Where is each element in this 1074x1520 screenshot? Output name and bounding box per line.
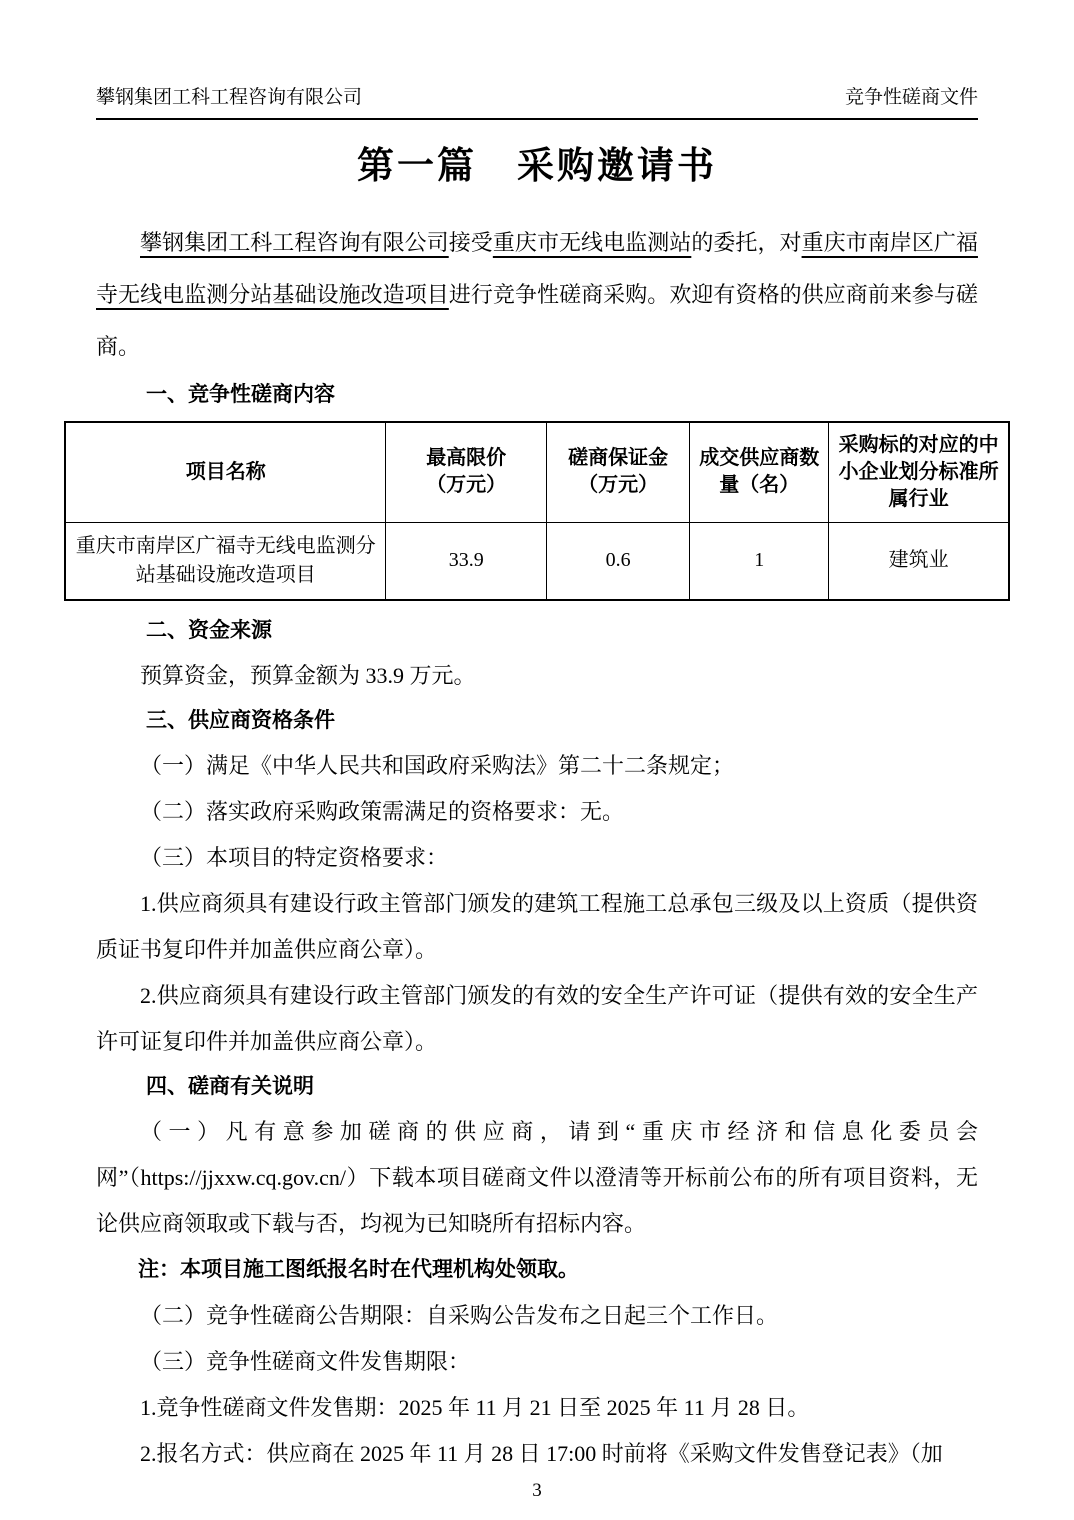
section2-heading: 二、资金来源 bbox=[146, 609, 978, 653]
intro-paragraph: 攀钢集团工科工程咨询有限公司接受重庆市无线电监测站的委托，对重庆市南岸区广福寺无… bbox=[96, 217, 978, 373]
intro-text: 的委托，对 bbox=[691, 230, 801, 255]
section4-item: （一）凡有意参加磋商的供应商，请到“重庆市经济和信息化委员会网”（https:/… bbox=[96, 1109, 978, 1247]
document-page: 攀钢集团工科工程咨询有限公司 竞争性磋商文件 第一篇 采购邀请书 攀钢集团工科工… bbox=[0, 0, 1074, 1520]
running-header: 攀钢集团工科工程咨询有限公司 竞争性磋商文件 bbox=[96, 86, 978, 120]
cell-industry: 建筑业 bbox=[829, 522, 1009, 600]
section3-item: （二）落实政府采购政策需满足的资格要求：无。 bbox=[96, 789, 978, 835]
section3-item: 1.供应商须具有建设行政主管部门颁发的建筑工程施工总承包三级及以上资质（提供资质… bbox=[96, 881, 978, 973]
col-max-price: 最高限价 （万元） bbox=[386, 422, 546, 523]
col-deposit: 磋商保证金 （万元） bbox=[546, 422, 689, 523]
header-company: 攀钢集团工科工程咨询有限公司 bbox=[96, 86, 362, 110]
section4-item: 1.竞争性磋商文件发售期：2025 年 11 月 21 日至 2025 年 11… bbox=[96, 1385, 978, 1431]
table-header-row: 项目名称 最高限价 （万元） 磋商保证金 （万元） 成交供应商数 量（名） 采购… bbox=[65, 422, 1009, 523]
cell-project-name: 重庆市南岸区广福寺无线电监测分 站基础设施改造项目 bbox=[65, 522, 386, 600]
cell-supplier-count: 1 bbox=[690, 522, 829, 600]
page-title: 第一篇 采购邀请书 bbox=[96, 142, 978, 192]
cell-deposit: 0.6 bbox=[546, 522, 689, 600]
col-supplier-count: 成交供应商数 量（名） bbox=[690, 422, 829, 523]
section4-item: （二）竞争性磋商公告期限：自采购公告发布之日起三个工作日。 bbox=[96, 1293, 978, 1339]
section4-item: 2.报名方式：供应商在 2025 年 11 月 28 日 17:00 时前将《采… bbox=[96, 1431, 978, 1477]
col-project-name: 项目名称 bbox=[65, 422, 386, 523]
intro-client-underlined: 重庆市无线电监测站 bbox=[493, 230, 691, 255]
section1-heading: 一、竞争性磋商内容 bbox=[146, 373, 978, 417]
section4-note: 注：本项目施工图纸报名时在代理机构处领取。 bbox=[96, 1247, 978, 1293]
section4-item: （三）竞争性磋商文件发售期限： bbox=[96, 1339, 978, 1385]
section3-item: （三）本项目的特定资格要求： bbox=[96, 835, 978, 881]
header-doc-type: 竞争性磋商文件 bbox=[845, 86, 978, 110]
col-industry: 采购标的对应的中 小企业划分标准所 属行业 bbox=[829, 422, 1009, 523]
cell-max-price: 33.9 bbox=[386, 522, 546, 600]
section4-heading: 四、磋商有关说明 bbox=[146, 1065, 978, 1109]
section3-item: 2.供应商须具有建设行政主管部门颁发的有效的安全生产许可证（提供有效的安全生产许… bbox=[96, 973, 978, 1065]
portal-url-text: （https://jjxxw.cq.gov.cn/） bbox=[128, 1165, 369, 1190]
consultation-content-table: 项目名称 最高限价 （万元） 磋商保证金 （万元） 成交供应商数 量（名） 采购… bbox=[64, 421, 1010, 601]
page-number: 3 bbox=[96, 1479, 978, 1503]
table-row: 重庆市南岸区广福寺无线电监测分 站基础设施改造项目 33.9 0.6 1 建筑业 bbox=[65, 522, 1009, 600]
section2-body: 预算资金，预算金额为 33.9 万元。 bbox=[96, 653, 978, 699]
section3-heading: 三、供应商资格条件 bbox=[146, 699, 978, 743]
intro-company-underlined: 攀钢集团工科工程咨询有限公司 bbox=[140, 230, 449, 255]
intro-text: 接受 bbox=[449, 230, 493, 255]
section3-item: （一）满足《中华人民共和国政府采购法》第二十二条规定； bbox=[96, 743, 978, 789]
